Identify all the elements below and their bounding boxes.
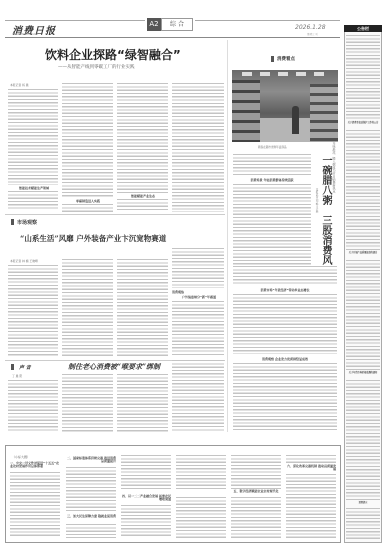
sidebar-header: 公告栏 <box>344 25 382 32</box>
hotspot-body-2 <box>233 266 337 286</box>
vertical-title-2: 三股消费风 <box>320 215 331 265</box>
photo-ceiling-lights <box>242 72 328 76</box>
market-col4-bottom <box>172 301 224 357</box>
newspaper-logo-sub: CONSUMPTION DAILY <box>12 33 38 36</box>
supermarket-photo <box>232 70 338 142</box>
page-section-label: 综 合 <box>161 18 193 31</box>
bottom-box-tag: （小标大题） <box>12 455 30 459</box>
bottom-col2b <box>66 524 116 538</box>
bottom-subhead-1: 一、中央一号文件对促进“十五五”农业农村发展作出总体部署 <box>10 462 60 469</box>
article1-subhead-1: 智能技术赋能生产领域 <box>10 186 58 190</box>
voice-col3 <box>117 374 168 432</box>
vertical-kicker: 年味渐浓，腊八粥成为节日消费新热点 <box>331 142 336 272</box>
sidebar-text-3 <box>346 260 380 370</box>
bottom-subhead-5: 五、数字经济赋能农业农村现代化 <box>231 490 281 493</box>
article1-col2 <box>62 83 113 198</box>
section-marker-hotspot <box>271 56 274 62</box>
bottom-col4b <box>176 497 226 538</box>
issue-weekday: 星期三 刊 <box>307 32 318 36</box>
bottom-col3a <box>121 455 171 491</box>
masthead-bottom-rule <box>5 37 340 38</box>
masthead-rule-right <box>195 20 340 21</box>
hotspot-subhead-1: 消费场景 年轻消费群体持续活跃 <box>233 178 311 182</box>
photo-caption: 顾客在超市选购年货商品 <box>258 145 287 149</box>
photo-shopper <box>292 106 299 134</box>
voice-col2 <box>62 374 113 432</box>
hotspot-subhead-3: 消费观察 企业发力优质供给显成效 <box>240 357 330 361</box>
market-byline: 本报记者 林 楠 王晓晴 <box>10 259 38 263</box>
article1-col1b <box>8 191 58 211</box>
bottom-col4a <box>176 455 226 490</box>
vertical-divider-main <box>227 40 228 432</box>
hotspot-body-4 <box>233 363 337 431</box>
section-marker-voice <box>11 364 14 370</box>
bottom-col5a <box>231 455 281 491</box>
vertical-title-1: 一碗腊八粥 <box>320 155 331 205</box>
market-col4-top <box>172 248 224 288</box>
market-subhead-2: 户外装备细分“新”年赛道 <box>176 295 222 299</box>
bottom-subhead-3: 三、加大民生保障力度 稳就业促消费 <box>66 515 116 518</box>
photo-shelf-right <box>310 84 338 142</box>
sidebar-text-4 <box>346 380 380 500</box>
section-label-market: 市场观察 <box>17 219 37 226</box>
market-col3 <box>117 259 168 357</box>
article1-byline: 本报记者 杨 晨 <box>10 83 29 87</box>
sidebar-text-5 <box>346 508 380 540</box>
vertical-byline: 本报记者 刘 畅 王 磊 <box>314 188 318 218</box>
bottom-subhead-2: 二、国家标准体系持续完善 推进消费品质量提升 <box>66 457 116 464</box>
market-col2 <box>62 259 113 357</box>
bottom-col6a <box>286 455 336 463</box>
bottom-subhead-4: 四、以一二二产业融合发展 拓宽农民增收渠道 <box>121 495 171 502</box>
issue-date: 2026.1.28 <box>295 24 326 31</box>
section-label-voice: 声 音 <box>19 364 31 371</box>
sidebar-notice-2: 关于开展产品质量抽查的通告 <box>346 252 380 255</box>
article1-subhead-3: 智能赋能产业生态 <box>119 194 167 198</box>
hotspot-intro <box>233 154 311 176</box>
sidebar-notice-3: 关于年货市场价格监测的通知 <box>346 372 380 375</box>
section-label-hotspot: 消费看点 <box>277 56 295 62</box>
market-title: “山系生活”风靡 户外装备产业卞沉宽物赛道 <box>20 233 166 244</box>
masthead-rule-left <box>5 20 145 21</box>
hotspot-body-3 <box>233 294 337 354</box>
photo-aisle-floor <box>260 118 310 142</box>
bottom-col1 <box>10 472 60 536</box>
article1-subhead-2: 零碳制造进入实践 <box>64 199 112 203</box>
page-code-badge: A2 <box>147 18 161 31</box>
sidebar-notice-1: 关于消费者权益保护工作的公告 <box>346 122 380 125</box>
sidebar-text-1 <box>346 35 380 120</box>
bottom-col5b <box>231 497 281 538</box>
article1-col1 <box>8 89 58 185</box>
bottom-col6b <box>286 474 336 538</box>
bottom-col3b <box>121 505 171 538</box>
section-marker-market <box>11 219 14 225</box>
bottom-col2a <box>66 467 116 513</box>
sidebar-text-2 <box>346 130 380 250</box>
bottom-subhead-6: 六、深化改革完善机制 推动高质量发展 <box>286 465 336 472</box>
divider-article1 <box>5 214 225 215</box>
hotspot-body-1 <box>233 184 311 266</box>
article1-col3b <box>117 199 168 212</box>
article1-col2b <box>62 204 113 212</box>
article1-title: 饮料企业探路“绿智融合” <box>45 46 181 63</box>
article1-col3 <box>117 83 168 193</box>
article1-subtitle: ——从智能产线到零碳工厂的行业实践 <box>58 64 135 70</box>
voice-col4 <box>172 360 224 432</box>
hotspot-subhead-2: 消费市场“年货经济”带动多业态增长 <box>240 288 330 292</box>
photo-shelf-left <box>232 80 260 142</box>
voice-byline: 丁 晨 阳 <box>12 374 22 378</box>
market-subhead-1: 消费观热 <box>172 290 192 294</box>
article1-col4 <box>172 83 224 212</box>
sidebar-notice-4: 消费提示 <box>346 502 380 505</box>
market-col1 <box>8 265 58 357</box>
voice-title: 制住老心消费被“喉要求”绑制 <box>68 362 160 372</box>
voice-col1 <box>8 380 58 432</box>
